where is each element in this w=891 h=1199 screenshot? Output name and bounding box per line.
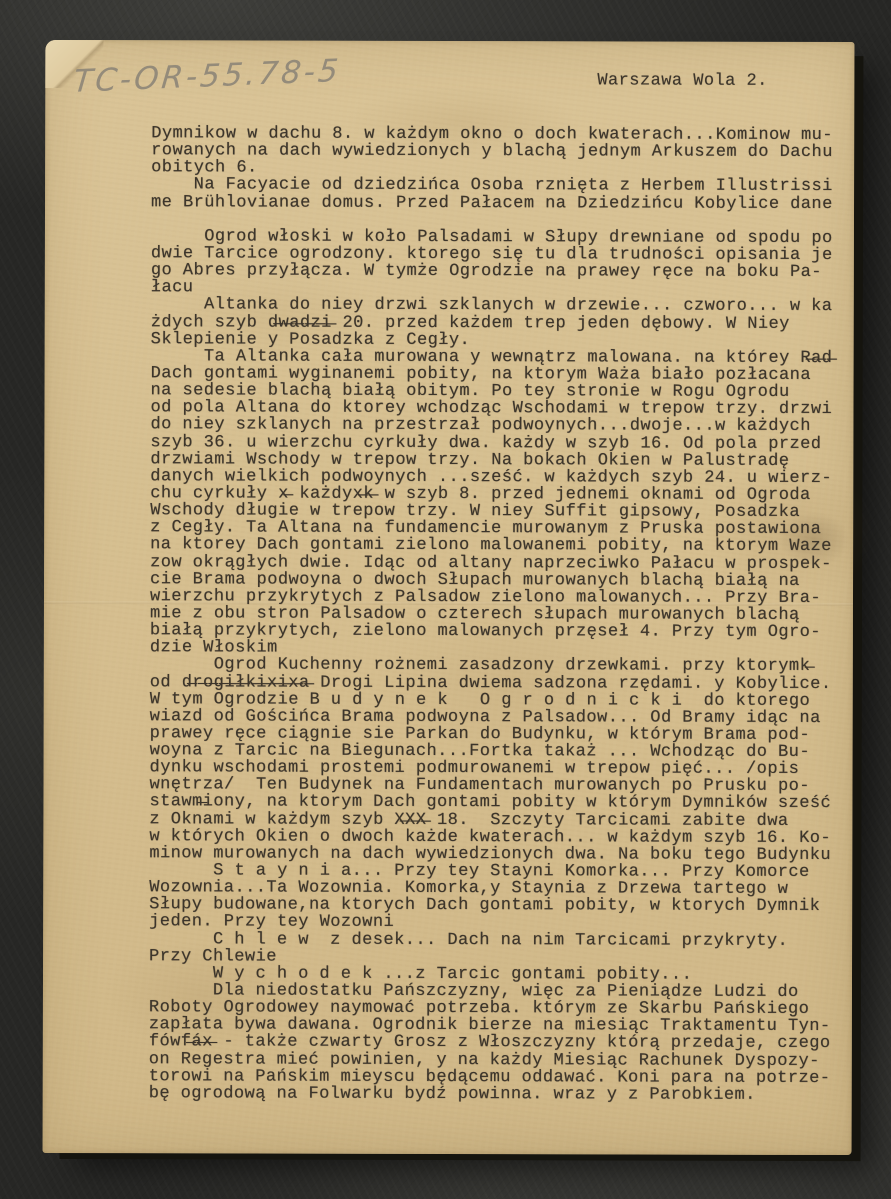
archive-code-handwritten: TC-OR-55.78-5 [72,53,343,100]
location-heading: Warszawa Wola 2. [597,71,767,90]
document-page: TC-OR-55.78-5 Warszawa Wola 2. Dymnikow … [43,40,855,1155]
document-body: Dymnikow w dachu 8. w każdym okno o doch… [149,125,866,1104]
document-line: me Brühlovianae domus. Przed Pałacem na … [151,194,865,213]
document-line: bę ogrodową na Folwarku bydź powinna. wr… [149,1085,863,1104]
document-line: rowanych na dach wywiedzionych y blachą … [151,142,865,161]
document-line: go Abres przyłącza. W tymże Ogrodzie na … [151,262,865,281]
